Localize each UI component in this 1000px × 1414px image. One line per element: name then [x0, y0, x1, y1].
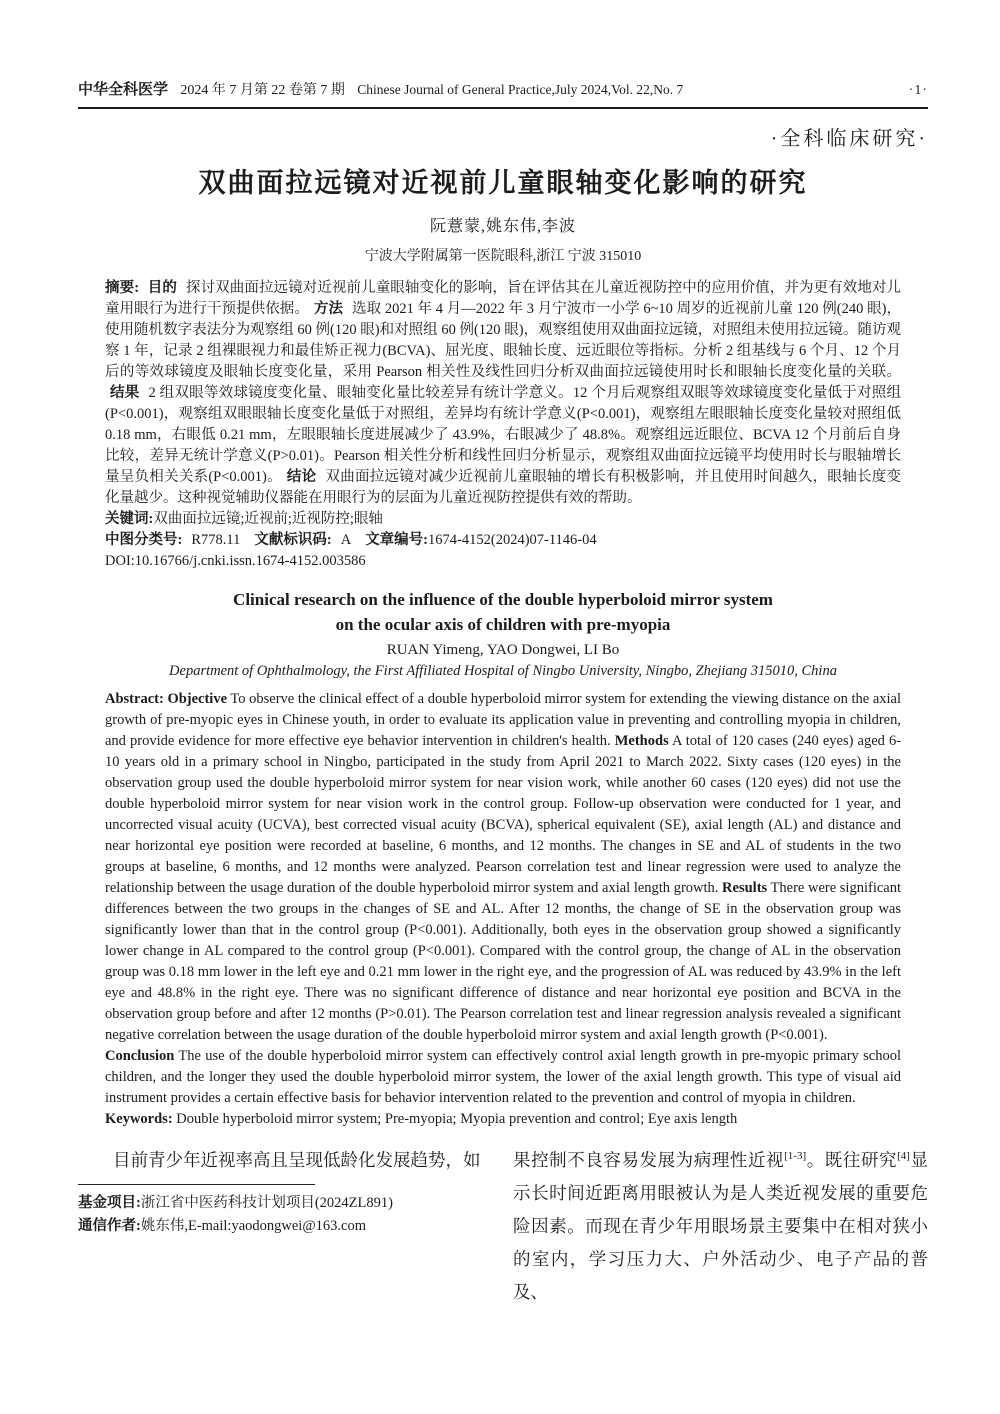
abstract-en-main: Abstract: Objective To observe the clini… — [105, 689, 901, 1046]
corresponding-author-text: 姚东伟,E-mail:yaodongwei@163.com — [141, 1218, 366, 1234]
fund-label: 基金项目: — [78, 1195, 141, 1211]
objective-label-cn: 目的 — [143, 280, 186, 296]
methods-text-en: A total of 120 cases (240 eyes) aged 6-1… — [105, 733, 901, 896]
clc-label: 中图分类号: — [105, 532, 191, 548]
article-title-en: Clinical research on the influence of th… — [78, 587, 928, 637]
body-paragraph-right: 果控制不良容易发展为病理性近视[1-3]。既往研究[4]显示长时间近距离用眼被认… — [513, 1144, 928, 1309]
body-paragraph-left: 目前青少年近视率高且呈现低龄化发展趋势，如 — [78, 1144, 493, 1177]
conclusion-label-cn: 结论 — [282, 469, 326, 485]
results-text-en: There were significant differences betwe… — [105, 880, 901, 1043]
page-number: ·1· — [909, 83, 928, 99]
fund-project: 基金项目:浙江省中医药科技计划项目(2024ZL891) — [78, 1192, 493, 1215]
running-head-left: 中华全科医学 2024 年 7 月第 22 卷第 7 期 Chinese Jou… — [78, 78, 692, 99]
methods-label-en: Methods — [615, 733, 669, 749]
methods-label-cn: 方法 — [309, 301, 352, 317]
corresponding-author-label: 通信作者: — [78, 1218, 141, 1234]
issue-info-cn: 2024 年 7 月第 22 卷第 7 期 — [180, 83, 345, 98]
keywords-label-en: Keywords: — [105, 1111, 173, 1127]
body-column-left: 目前青少年近视率高且呈现低龄化发展趋势，如 基金项目:浙江省中医药科技计划项目(… — [78, 1144, 493, 1309]
footnote-rule — [78, 1184, 315, 1185]
title-en-line2: on the ocular axis of children with pre-… — [78, 612, 928, 637]
front-matter-cn: 摘要: 目的探讨双曲面拉远镜对近视前儿童眼轴变化的影响，旨在评估其在儿童近视防控… — [105, 278, 901, 572]
results-label-cn: 结果 — [105, 385, 149, 401]
journal-name-cn: 中华全科医学 — [78, 82, 168, 98]
clc-value: R778.11 — [191, 532, 254, 548]
keywords-en: Keywords: Double hyperboloid mirror syst… — [105, 1109, 901, 1130]
keywords-label-cn: 关键词: — [105, 511, 153, 527]
authors-cn: 阮薏蒙,姚东伟,李波 — [78, 213, 928, 236]
journal-page: 中华全科医学 2024 年 7 月第 22 卷第 7 期 Chinese Jou… — [0, 0, 1000, 1414]
doc-code-value: A — [341, 532, 365, 548]
abstract-label-en: Abstract: — [105, 691, 164, 707]
footnote: 基金项目:浙江省中医药科技计划项目(2024ZL891) 通信作者:姚东伟,E-… — [78, 1184, 493, 1238]
authors-en: RUAN Yimeng, YAO Dongwei, LI Bo — [78, 642, 928, 659]
objective-label-en: Objective — [167, 691, 227, 707]
doi-line: DOI:10.16766/j.cnki.issn.1674-4152.00358… — [105, 551, 901, 572]
title-en-line1: Clinical research on the influence of th… — [78, 587, 928, 612]
conclusion-label-en: Conclusion — [105, 1048, 174, 1064]
keywords-text-cn: 双曲面拉远镜;近视前;近视防控;眼轴 — [153, 511, 383, 527]
abstract-en: Abstract: Objective To observe the clini… — [105, 689, 901, 1130]
body-right-seg3: 显示长时间近距离用眼被认为是人类近视发展的重要危险因素。而现在青少年用眼场景主要… — [513, 1150, 928, 1302]
conclusion-text-en: The use of the double hyperboloid mirror… — [105, 1048, 901, 1106]
affiliation-cn: 宁波大学附属第一医院眼科,浙江 宁波 315010 — [78, 245, 928, 265]
body-right-seg2: 。既往研究 — [806, 1150, 897, 1170]
abstract-en-conclusion: Conclusion The use of the double hyperbo… — [105, 1046, 901, 1109]
corresponding-author: 通信作者:姚东伟,E-mail:yaodongwei@163.com — [78, 1215, 493, 1238]
abstract-cn: 摘要: 目的探讨双曲面拉远镜对近视前儿童眼轴变化的影响，旨在评估其在儿童近视防控… — [105, 278, 901, 509]
doc-code-label: 文献标识码: — [254, 532, 340, 548]
body-columns: 目前青少年近视率高且呈现低龄化发展趋势，如 基金项目:浙江省中医药科技计划项目(… — [78, 1144, 928, 1309]
running-head: 中华全科医学 2024 年 7 月第 22 卷第 7 期 Chinese Jou… — [78, 78, 928, 109]
journal-name-en: Chinese Journal of General Practice,July… — [357, 82, 683, 97]
article-title-cn: 双曲面拉远镜对近视前儿童眼轴变化影响的研究 — [78, 161, 928, 200]
clc-line: 中图分类号:R778.11文献标识码:A文章编号:1674-4152(2024)… — [105, 530, 901, 551]
article-no-label: 文章编号: — [365, 532, 428, 548]
keywords-cn: 关键词:双曲面拉远镜;近视前;近视防控;眼轴 — [105, 509, 901, 530]
body-column-right: 果控制不良容易发展为病理性近视[1-3]。既往研究[4]显示长时间近距离用眼被认… — [513, 1144, 928, 1309]
article-no-value: 1674-4152(2024)07-1146-04 — [428, 532, 597, 548]
reference-superscript-1-3: [1-3] — [784, 1150, 806, 1162]
abstract-label-cn: 摘要: — [105, 280, 139, 296]
body-right-seg1: 果控制不良容易发展为病理性近视 — [513, 1150, 784, 1170]
affiliation-en: Department of Ophthalmology, the First A… — [78, 663, 928, 680]
reference-superscript-4: [4] — [897, 1150, 910, 1162]
results-label-en: Results — [722, 880, 767, 896]
keywords-text-en: Double hyperboloid mirror system; Pre-my… — [176, 1111, 737, 1127]
section-label: ·全科临床研究· — [78, 122, 928, 151]
fund-text: 浙江省中医药科技计划项目(2024ZL891) — [141, 1195, 393, 1211]
